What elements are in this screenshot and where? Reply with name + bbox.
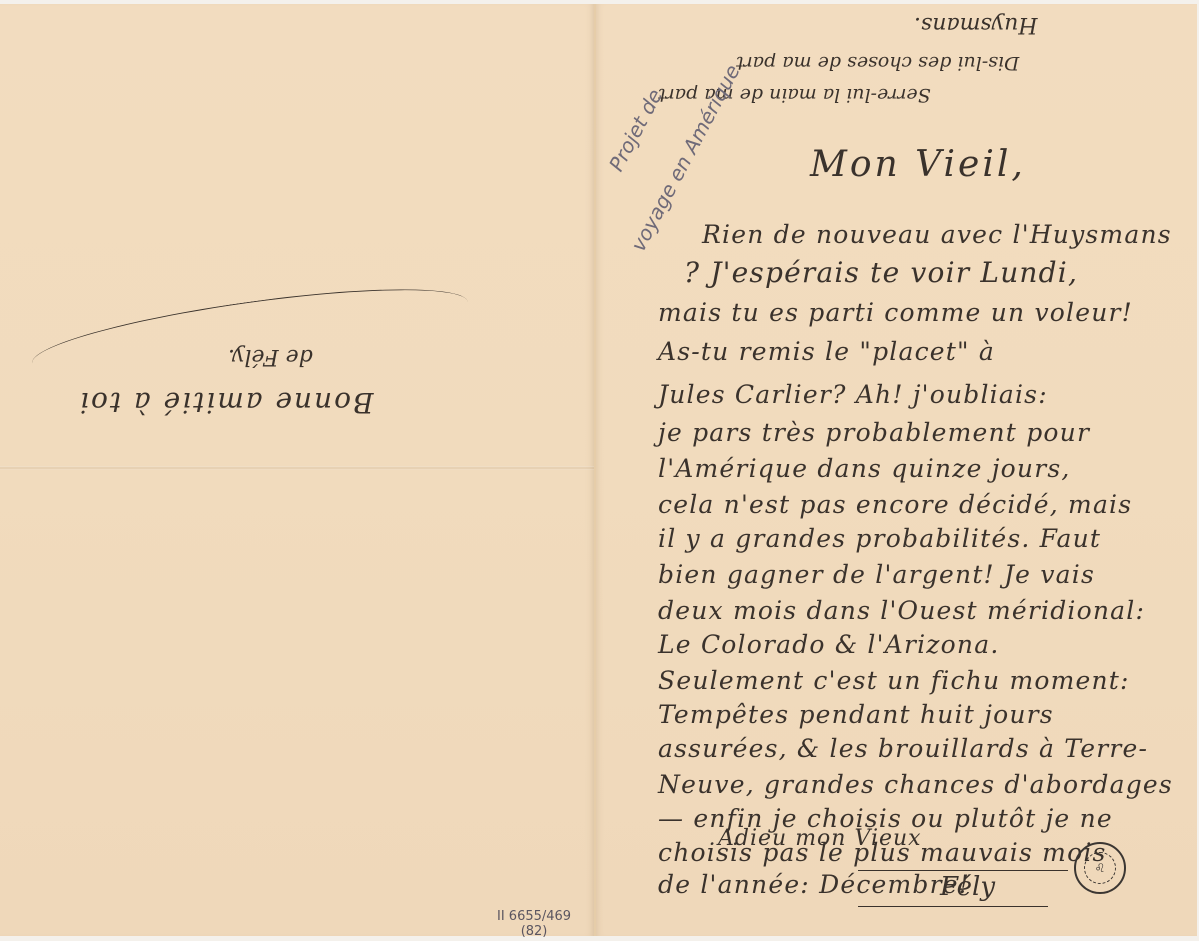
left-page: de Fély. Bonne amitié à toi (0, 4, 594, 936)
body-line: il y a grandes probabilités. Faut (658, 524, 1101, 553)
body-line: mais tu es parti comme un voleur! (658, 298, 1133, 327)
body-line: de l'année: Décembre! (658, 870, 970, 899)
salutation: Mon Vieil, (810, 144, 1026, 185)
body-line: Rien de nouveau avec l'Huysmans (702, 220, 1172, 249)
lion-emblem-icon: ♌ (1084, 852, 1116, 884)
signature: Fély (940, 872, 995, 902)
closing-phrase: Adieu mon Vieux (718, 826, 922, 851)
body-line: je pars très probablement pour (658, 418, 1090, 447)
body-line: assurées, & les brouillards à Terre- (658, 734, 1148, 763)
right-page: Huysmans. Dis-lui des choses de ma part … (596, 4, 1197, 936)
library-stamp: ♌ (1074, 842, 1126, 894)
body-line: Tempêtes pendant huit jours (658, 700, 1054, 729)
closing-line-2: de Fély. (228, 344, 313, 369)
shelfmark-folio: (82) (497, 924, 571, 939)
shelfmark: II 6655/469 (82) (497, 909, 571, 939)
body-line: deux mois dans l'Ouest méridional: (658, 596, 1145, 625)
signature-rule-top (858, 870, 1068, 871)
pencil-annotation-1: Projet de (604, 85, 667, 175)
body-line: Jules Carlier? Ah! j'oubliais: (658, 380, 1048, 409)
closing-line-1: Bonne amitié à toi (78, 386, 374, 419)
body-line: As-tu remis le "placet" à (658, 337, 995, 366)
body-line: bien gagner de l'argent! Je vais (658, 560, 1095, 589)
header-note-1: Huysmans. (914, 12, 1038, 37)
signature-rule-bottom (858, 906, 1048, 907)
body-line: Neuve, grandes chances d'abordages (658, 770, 1173, 799)
body-line: Seulement c'est un fichu moment: (658, 666, 1130, 695)
body-line: l'Amérique dans quinze jours, (658, 454, 1071, 483)
horizontal-fold (0, 466, 594, 470)
header-note-2: Dis-lui des choses de ma part (736, 52, 1019, 74)
body-line: ? J'espérais te voir Lundi, (684, 256, 1078, 289)
body-line: cela n'est pas encore décidé, mais (658, 490, 1132, 519)
flourish-line (28, 272, 472, 394)
body-line: Le Colorado & l'Arizona. (658, 630, 999, 659)
header-note-3: Serre-lui la main de ma part (658, 84, 931, 106)
letter-spread: de Fély. Bonne amitié à toi Huysmans. Di… (0, 4, 1199, 936)
shelfmark-number: II 6655/469 (497, 909, 571, 924)
